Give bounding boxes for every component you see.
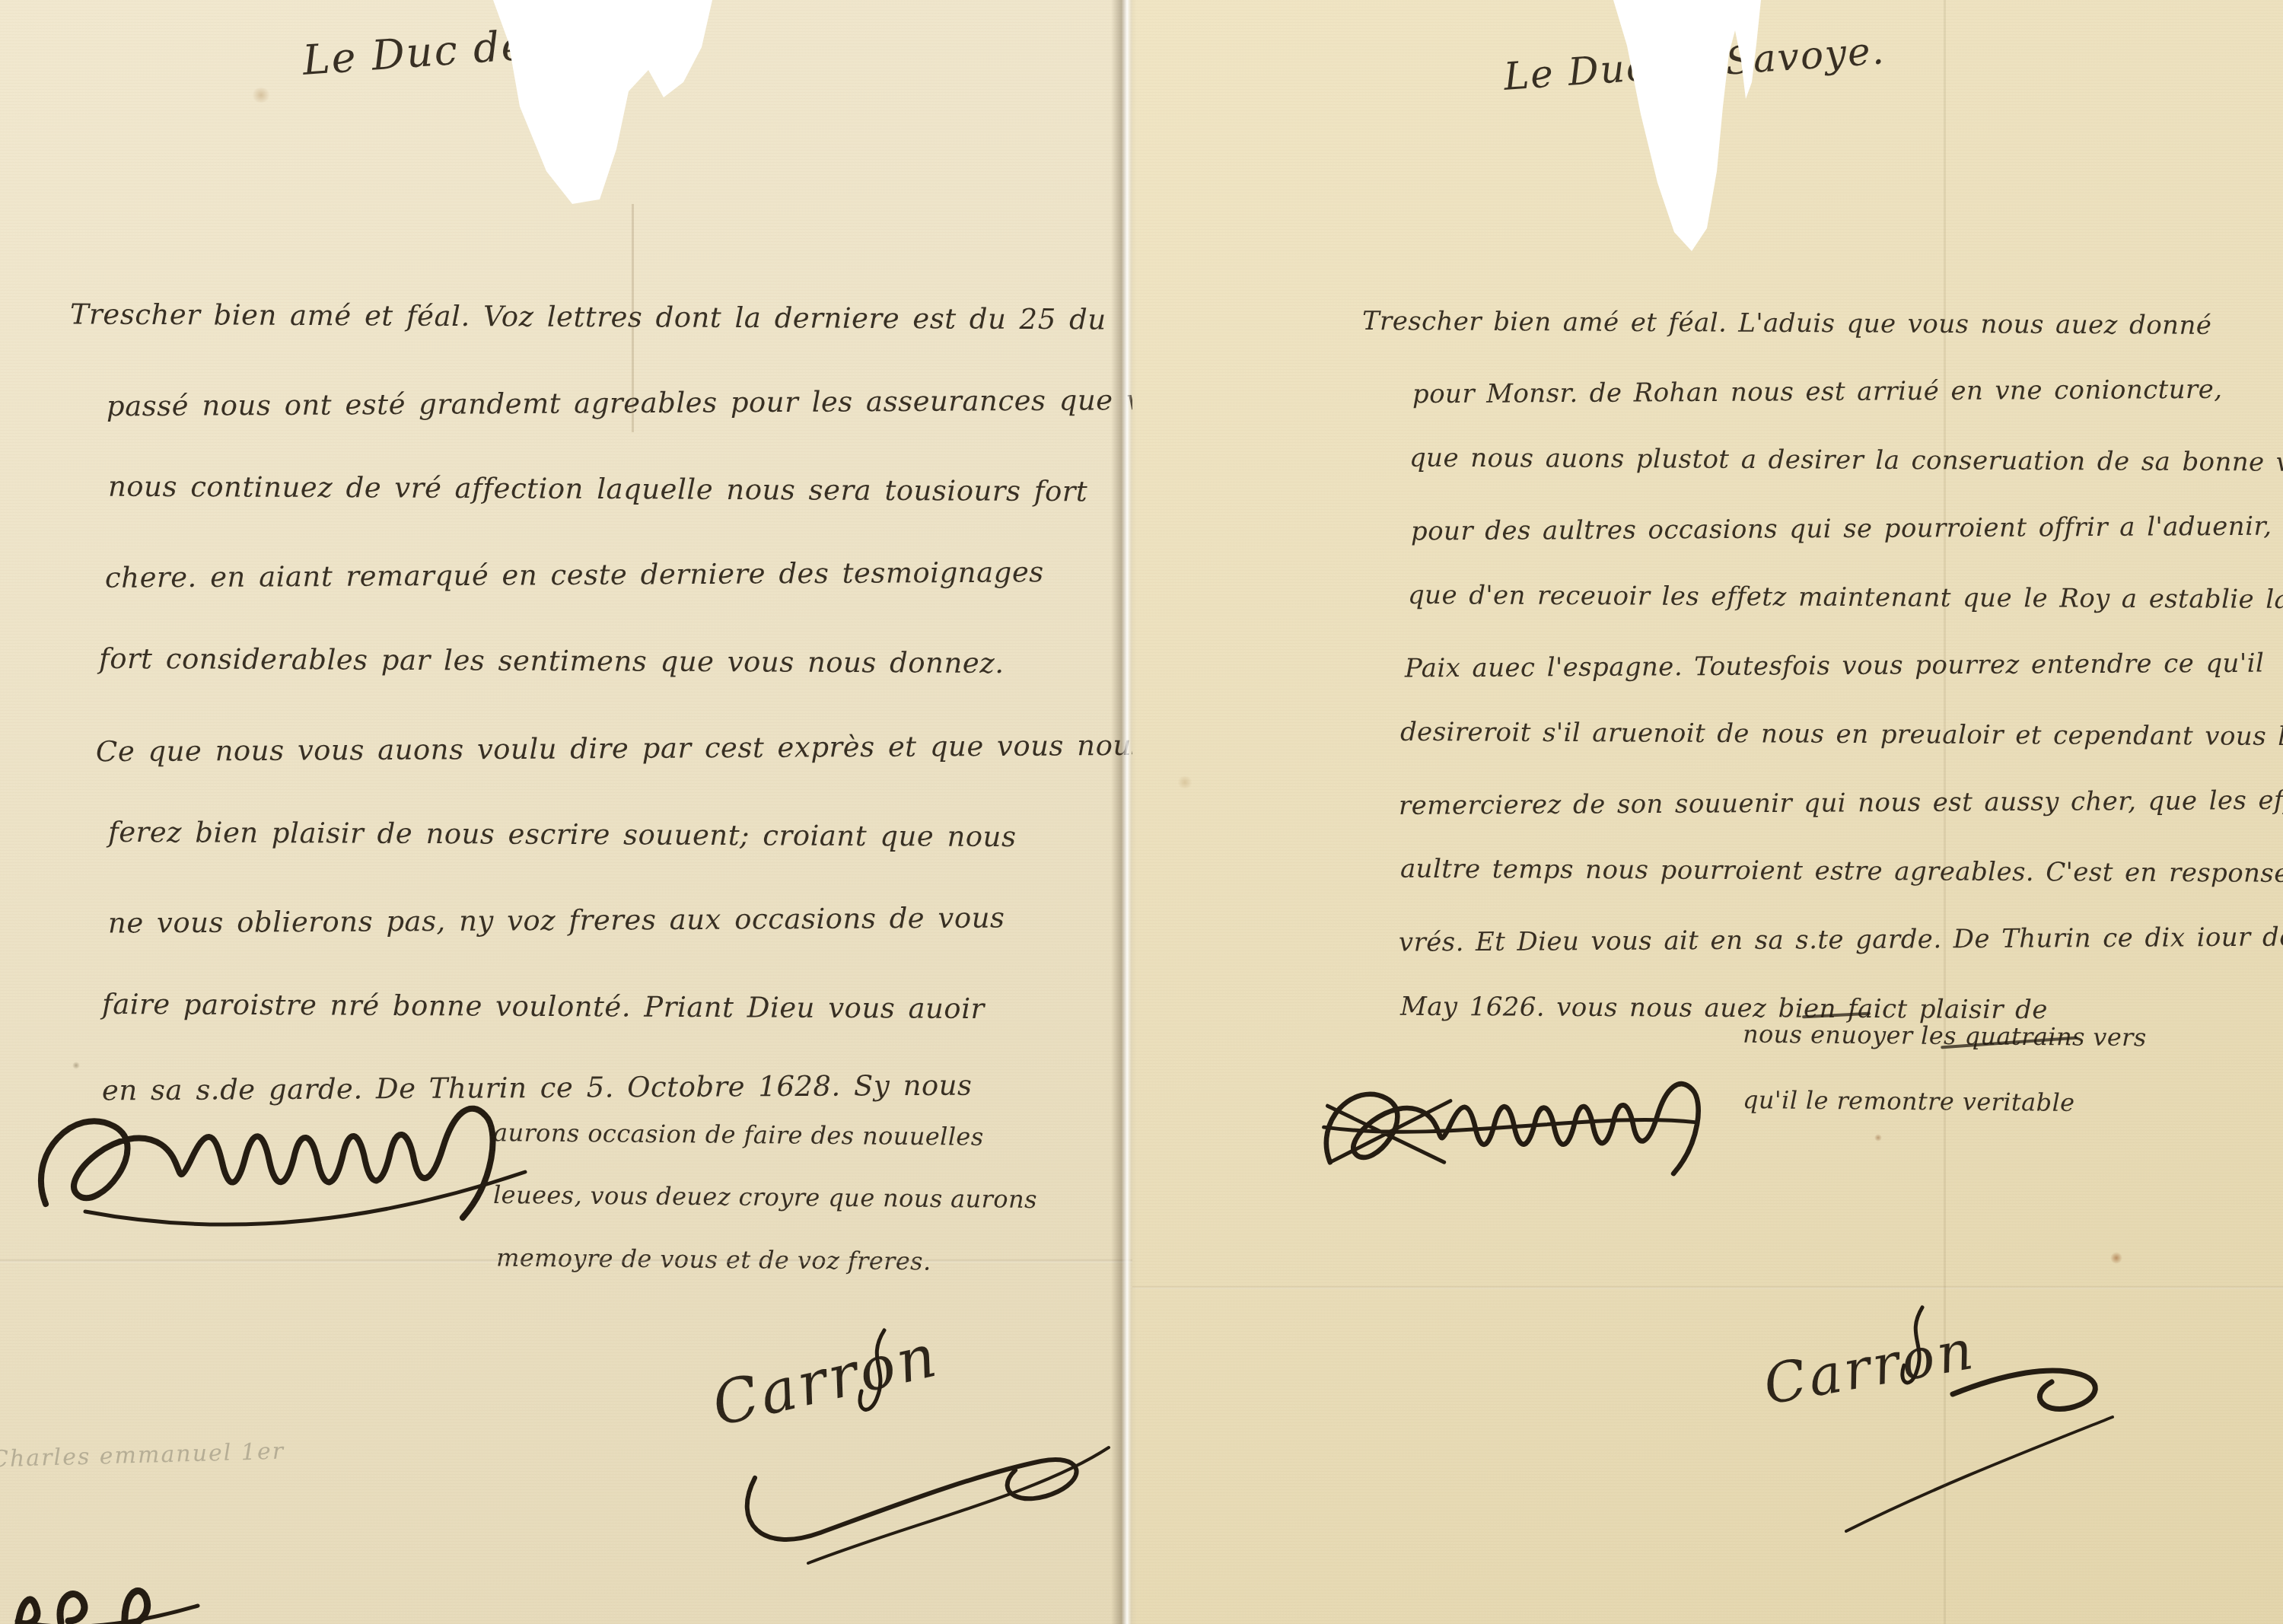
- pencil-annotation: Charles emmanuel 1er: [0, 1438, 285, 1473]
- manuscript-line: chere. en aiant remarqué en ceste dernie…: [105, 556, 1044, 594]
- manuscript-line: aultre temps nous pourroient estre agrea…: [1400, 854, 2283, 890]
- manuscript-line: que d'en receuoir les effetz maintenant …: [1408, 580, 2283, 615]
- manuscript-line: remercierez de son souuenir qui nous est…: [1399, 785, 2283, 821]
- manuscript-line: ne vous oblierons pas, ny voz freres aux…: [108, 901, 1005, 939]
- letter-sheet-left: Le Duc de Trescher bien amé et féal. Voz…: [0, 0, 1134, 1624]
- manuscript-line: memoyre de vous et de voz freres.: [496, 1243, 931, 1276]
- manuscript-line: faire paroistre nré bonne voulonté. Pria…: [102, 988, 985, 1025]
- manuscript-line: May 1626. vous nous auez bien faict plai…: [1400, 992, 2048, 1025]
- manuscript-line: Ce que nous vous auons voulu dire par ce…: [96, 729, 1146, 768]
- ducal-signature: [32, 1082, 549, 1242]
- manuscript-line: Paix auec l'espagne. Toutesfois vous pou…: [1405, 648, 2264, 684]
- manuscript-line: vrés. Et Dieu vous ait en sa s.te garde.…: [1399, 922, 2283, 957]
- manuscript-line: Trescher bien amé et féal. Voz lettres d…: [70, 298, 1106, 336]
- letter-sheet-right: Le Duc de Savoye. Trescher bien amé et f…: [1132, 0, 2283, 1624]
- stain: [251, 88, 271, 103]
- signature-flourish: [1778, 1303, 2135, 1546]
- manuscript-line: Trescher bien amé et féal. L'aduis que v…: [1362, 306, 2211, 341]
- letter-heading: Le Duc de: [301, 21, 529, 84]
- manuscript-line: que nous auons plustot a desirer la cons…: [1409, 443, 2283, 479]
- manuscript-line: passé nous ont esté grandemt agreables p…: [107, 384, 1193, 423]
- manuscript-line: pour des aultres occasions qui se pourro…: [1411, 511, 2272, 547]
- manuscript-line: fort considerables par les sentimens que…: [99, 642, 1005, 680]
- manuscript-scan: Le Duc de Trescher bien amé et féal. Voz…: [0, 0, 2283, 1624]
- manuscript-line: pour Monsr. de Rohan nous est arriué en …: [1412, 374, 2223, 410]
- stain: [1177, 776, 1193, 788]
- fold-crease: [1132, 1286, 2283, 1289]
- manuscript-line: leuees, vous deuez croyre que nous auron…: [493, 1180, 1037, 1214]
- stain: [2110, 1252, 2122, 1264]
- signature-flourish: [724, 1326, 1120, 1584]
- manuscript-line: aurons occasion de faire des nouuelles: [493, 1118, 984, 1151]
- letter-heading: Le Duc de Savoye.: [1502, 28, 1887, 99]
- cut-off-inscription: [11, 1577, 209, 1624]
- manuscript-line: desireroit s'il aruenoit de nous en preu…: [1400, 717, 2283, 752]
- stain: [72, 1062, 80, 1069]
- manuscript-line: nous continuez de vré affection laquelle…: [108, 470, 1088, 508]
- manuscript-line: qu'il le remontre veritable: [1743, 1085, 2075, 1117]
- stain: [1874, 1134, 1882, 1142]
- ducal-signature-struck: [1319, 1052, 1745, 1204]
- manuscript-line: ferez bien plaisir de nous escrire souue…: [108, 816, 1017, 853]
